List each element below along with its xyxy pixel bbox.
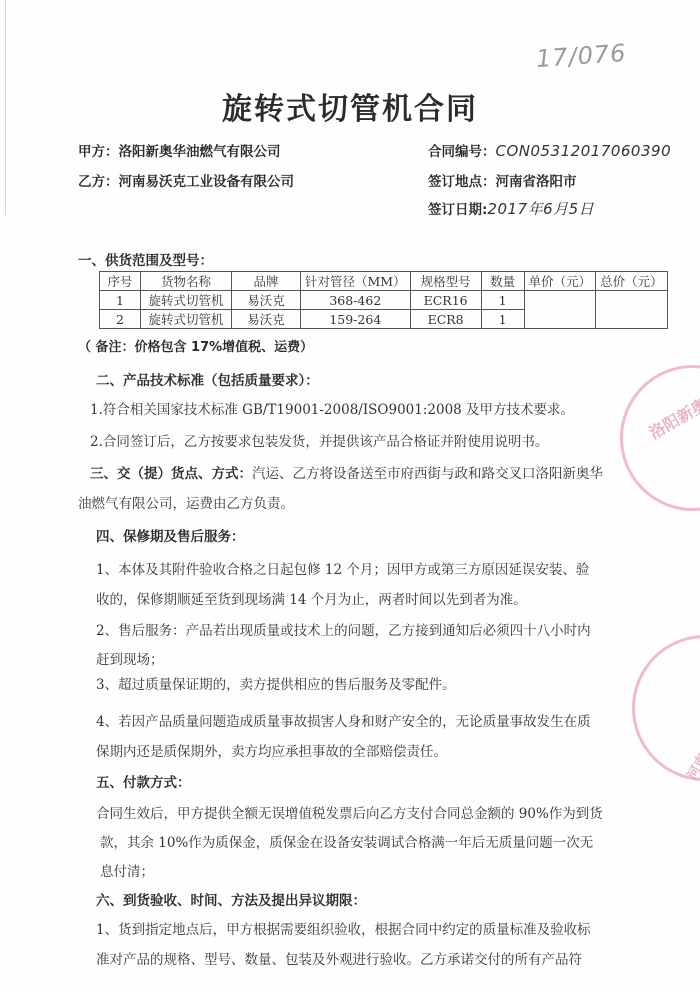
cell: 旋转式切管机 (141, 310, 232, 329)
cell: 368-462 (301, 291, 411, 310)
table-header-row: 序号 货物名称 品牌 针对管径（MM） 规格型号 数量 单价（元） 总价（元） (100, 272, 668, 291)
handwritten-reference: 17/076 (535, 39, 627, 73)
col-header: 规格型号 (410, 272, 481, 291)
section-5-heading: 五、付款方式： (96, 771, 191, 791)
cell: ECR8 (410, 310, 481, 329)
section-6-heading: 六、到货验收、时间、方法及提出异议期限： (96, 889, 366, 909)
section-4-line: 4、若因产品质量问题造成质量事故损害人身和财产安全的，无论质量事故发生在质 (96, 710, 591, 730)
section-5-line: 款，其余 10%作为质保金，质保金在设备安装调试合格满一年后无质量问题一次无 (100, 831, 593, 851)
total-price-cell (596, 310, 668, 329)
section-5-line: 合同生效后，甲方提供全额无误增值税发票后向乙方支付合同总金额的 90%作为到货 (96, 802, 603, 822)
unit-price-cell (524, 291, 596, 310)
sign-date-label: 签订日期: (428, 202, 487, 218)
cell: 159-264 (301, 310, 411, 329)
sign-date-value: 2017年6月5日 (487, 200, 594, 218)
section-4-line: 1、本体及其附件验收合格之日起包修 12 个月；因甲方或第三方原因延误安装、验 (96, 558, 589, 578)
contract-number-value: CON05312017060390 (496, 142, 672, 160)
section-2-heading: 二、产品技术标准（包括质量要求）： (96, 369, 319, 389)
section-4-line: 保期内还是质保期外，卖方均应承担事故的全部赔偿责任。 (96, 740, 447, 760)
cell: 易沃克 (232, 291, 301, 310)
section-6-line: 准对产品的规格、型号、数量、包装及外观进行验收。乙方承诺交付的所有产品符 (96, 948, 582, 968)
cell: 1 (481, 291, 524, 310)
document-title: 旋转式切管机合同 (0, 84, 700, 128)
section-3-heading: 三、交（提）货点、方式： (90, 466, 252, 482)
section-3-line-1: 三、交（提）货点、方式：汽运、乙方将设备送至市府西街与政和路交叉口洛阳新奥华 (90, 462, 603, 482)
section-4-line: 2、售后服务：产品若出现质量或技术上的问题，乙方接到通知后必须四十八小时内 (96, 619, 591, 639)
sign-place: 签订地点：河南省洛阳市 (428, 170, 577, 190)
col-header: 总价（元） (596, 272, 668, 291)
section-4-line: 3、超过质量保证期的，卖方提供相应的售后服务及零配件。 (96, 673, 456, 693)
cell: ECR16 (410, 291, 481, 310)
contract-number-label: 合同编号： (428, 144, 496, 160)
sign-date: 签订日期:2017年6月5日 (428, 198, 594, 219)
table-row: 2 旋转式切管机 易沃克 159-264 ECR8 1 (100, 310, 668, 329)
section-4-line: 收的，保修期顺延至货到现场满 14 个月为止，两者时间以先到者为准。 (96, 588, 527, 608)
col-header: 单价（元） (524, 272, 596, 291)
supply-table: 序号 货物名称 品牌 针对管径（MM） 规格型号 数量 单价（元） 总价（元） … (99, 271, 668, 329)
col-header: 针对管径（MM） (301, 272, 411, 291)
party-b: 乙方：河南易沃克工业设备有限公司 (78, 170, 294, 190)
cell: 旋转式切管机 (141, 291, 232, 310)
cell: 易沃克 (232, 310, 301, 329)
col-header: 数量 (481, 272, 524, 291)
col-header: 货物名称 (141, 272, 232, 291)
party-a: 甲方：洛阳新奥华油燃气有限公司 (78, 140, 281, 160)
cell: 2 (100, 310, 141, 329)
section-4-heading: 四、保修期及售后服务： (96, 525, 245, 545)
section-2-item-1: 1.符合相关国家技术标准 GB/T19001-2008/ISO9001:2008… (90, 398, 574, 418)
total-price-cell (596, 291, 668, 310)
unit-price-cell (524, 310, 596, 329)
section-4-line: 赶到现场； (96, 648, 164, 668)
table-row: 1 旋转式切管机 易沃克 368-462 ECR16 1 (100, 291, 668, 310)
section-1-heading: 一、供货范围及型号： (78, 249, 213, 269)
col-header: 序号 (100, 272, 141, 291)
section-6-line: 1、货到指定地点后，甲方根据需要组织验收，根据合同中约定的质量标准及验收标 (96, 918, 591, 938)
contract-number: 合同编号：CON05312017060390 (428, 140, 671, 160)
section-3-text: 汽运、乙方将设备送至市府西街与政和路交叉口洛阳新奥华 (252, 466, 603, 482)
section-5-line: 息付清； (100, 860, 154, 880)
cell: 1 (481, 310, 524, 329)
cell: 1 (100, 291, 141, 310)
section-3-line-2: 油燃气有限公司，运费由乙方负责。 (78, 492, 294, 512)
price-note: （ 备注：价格包含 17%增值税、运费） (78, 336, 313, 355)
col-header: 品牌 (232, 272, 301, 291)
section-2-item-2: 2.合同签订后，乙方按要求包装发货，并提供该产品合格证并附使用说明书。 (90, 430, 548, 450)
